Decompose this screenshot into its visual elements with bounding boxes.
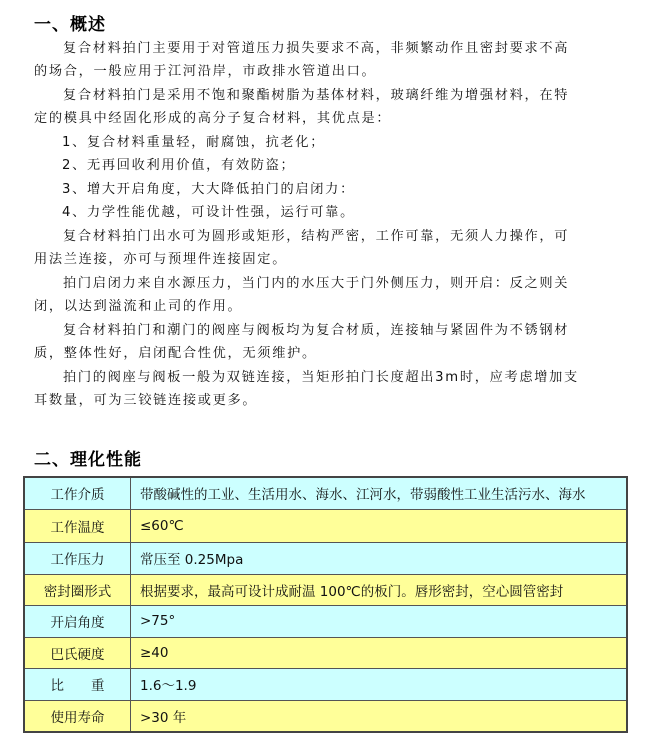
table-row: 工作温度 ≤60℃ [24, 509, 627, 542]
table-row: 使用寿命 >30 年 [24, 700, 627, 732]
property-label: 比 重 [24, 668, 131, 700]
paragraph-line: 拍门启闭力来自水源压力，当门内的水压大于门外侧压力，则开启：反之则关 [34, 272, 624, 295]
paragraph-line: 耳数量，可为三铰链连接或更多。 [34, 389, 624, 412]
property-label: 巴氏硬度 [24, 637, 131, 668]
table-row: 工作介质 带酸碱性的工业、生活用水、海水、江河水，带弱酸性工业生活污水、海水 [24, 477, 627, 509]
property-value: >75° [131, 605, 628, 637]
section-title-overview: 一、概述 [34, 10, 106, 35]
table-row: 巴氏硬度 ≥40 [24, 637, 627, 668]
property-label: 工作压力 [24, 542, 131, 574]
paragraph-line: 拍门的阀座与阀板一般为双链连接，当矩形拍门长度超出3m时，应考虑增加支 [34, 366, 624, 389]
property-label: 工作温度 [24, 509, 131, 542]
paragraph-material: 复合材料拍门是采用不饱和聚酯树脂为基体材料，玻璃纤维为增强材料，在特 定的模具中… [34, 84, 624, 130]
table-row: 工作压力 常压至 0.25Mpa [24, 542, 627, 574]
property-label: 工作介质 [24, 477, 131, 509]
advantage-item-1: 1、复合材料重量轻，耐腐蚀，抗老化； [62, 131, 325, 154]
paragraph-construction: 复合材料拍门和潮门的阀座与阀板均为复合材质，连接轴与紧固件为不锈钢材 质，整体性… [34, 319, 624, 365]
advantage-item-4: 4、力学性能优越，可设计性强，运行可靠。 [62, 201, 355, 224]
paragraph-line: 复合材料拍门和潮门的阀座与阀板均为复合材质，连接轴与紧固件为不锈钢材 [34, 319, 624, 342]
paragraph-hinge: 拍门的阀座与阀板一般为双链连接，当矩形拍门长度超出3m时，应考虑增加支 耳数量，… [34, 366, 624, 412]
table-row: 比 重 1.6～1.9 [24, 668, 627, 700]
paragraph-line: 复合材料拍门是采用不饱和聚酯树脂为基体材料，玻璃纤维为增强材料，在特 [34, 84, 624, 107]
property-label: 使用寿命 [24, 700, 131, 732]
paragraph-line: 质，整体性好，启闭配合性优，无须维护。 [34, 342, 624, 365]
paragraph-operation: 拍门启闭力来自水源压力，当门内的水压大于门外侧压力，则开启：反之则关 闭，以达到… [34, 272, 624, 318]
property-value: >30 年 [131, 700, 628, 732]
paragraph-shape: 复合材料拍门出水可为圆形或矩形，结构严密，工作可靠，无须人力操作，可 用法兰连接… [34, 225, 624, 271]
paragraph-line: 用法兰连接，亦可与预埋件连接固定。 [34, 248, 624, 271]
property-value: ≥40 [131, 637, 628, 668]
property-label: 密封圈形式 [24, 574, 131, 605]
property-value: ≤60℃ [131, 509, 628, 542]
table-row: 开启角度 >75° [24, 605, 627, 637]
paragraph-usage: 复合材料拍门主要用于对管道压力损失要求不高，非频繁动作且密封要求不高 的场合，一… [34, 37, 624, 83]
table-row: 密封圈形式 根据要求，最高可设计成耐温 100℃的板门。唇形密封，空心圆管密封 [24, 574, 627, 605]
paragraph-line: 定的模具中经固化形成的高分子复合材料，其优点是： [34, 107, 624, 130]
properties-table: 工作介质 带酸碱性的工业、生活用水、海水、江河水，带弱酸性工业生活污水、海水 工… [23, 476, 628, 733]
paragraph-line: 的场合，一般应用于江河沿岸，市政排水管道出口。 [34, 60, 624, 83]
property-value: 带酸碱性的工业、生活用水、海水、江河水，带弱酸性工业生活污水、海水 [131, 477, 628, 509]
section-title-properties: 二、理化性能 [34, 445, 142, 470]
advantage-item-3: 3、增大开启角度，大大降低拍门的启闭力： [62, 178, 355, 201]
paragraph-line: 复合材料拍门主要用于对管道压力损失要求不高，非频繁动作且密封要求不高 [34, 37, 624, 60]
property-value: 1.6～1.9 [131, 668, 628, 700]
property-value: 常压至 0.25Mpa [131, 542, 628, 574]
paragraph-line: 复合材料拍门出水可为圆形或矩形，结构严密，工作可靠，无须人力操作，可 [34, 225, 624, 248]
property-label: 开启角度 [24, 605, 131, 637]
advantage-item-2: 2、无再回收利用价值，有效防盗； [62, 154, 295, 177]
paragraph-line: 闭，以达到溢流和止司的作用。 [34, 295, 624, 318]
property-value: 根据要求，最高可设计成耐温 100℃的板门。唇形密封，空心圆管密封 [131, 574, 628, 605]
